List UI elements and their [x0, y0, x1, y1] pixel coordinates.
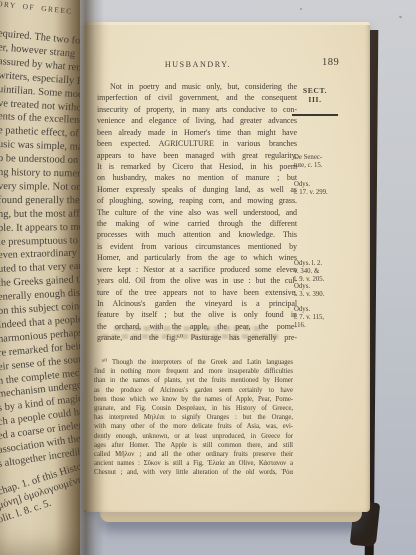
left-page-text-line: ple. It appears to me — [0, 220, 80, 234]
footnote-line: has interpreted Μηλέαι to signify Orange… — [94, 413, 293, 422]
main-text-line: of ploughing, sowing, reaping corn, and … — [97, 195, 297, 206]
main-text-line: years old. Oil from the olive was in use… — [97, 275, 297, 286]
main-text-line: ture of the tree appears not to have bee… — [97, 287, 297, 298]
footnote-line: find in nothing more frequent and more i… — [94, 367, 293, 376]
main-text-line: Homer, and particularly from the age to … — [97, 252, 297, 263]
left-page-text-line: ng, but the most affecting — [0, 207, 80, 219]
left-page-text-line: very simple. Not only — [0, 181, 80, 194]
main-text-line: processes with much attention and knowle… — [97, 229, 297, 240]
dust-speck — [399, 15, 403, 18]
section-label: SECT. III. — [294, 86, 336, 104]
right-page: HUSBANDRY. 189 SECT. III. Not in poetry … — [84, 22, 370, 512]
sidenote-odyssey-2-9-3: Odys. l. 2. v. 340. & l. 9. v. 205. Odys… — [294, 260, 350, 299]
main-text-line: The culture of the vine also was well un… — [97, 207, 297, 218]
footnote-line: ancient names : Σῦκον is still a Fig, Ἐλ… — [94, 459, 293, 468]
main-text-line: appears to have been managed with great … — [97, 150, 297, 161]
main-text-line: is evident from various circumstances me… — [97, 241, 297, 252]
footnote-line: with many other of the more delicate fru… — [94, 422, 293, 431]
ink-bleedthrough — [102, 334, 280, 339]
footnote-line: dently enough, unknown, or at least unpr… — [94, 432, 293, 441]
footnote-line: Chesnut ; and, with very little alterati… — [94, 468, 293, 477]
left-facing-page: ORY OF GREEC equired. The two formeer, h… — [0, 0, 80, 555]
ink-bleedthrough — [114, 326, 264, 331]
left-page-text-line: found generally the mos — [0, 195, 80, 206]
footnote-line: called Μῆλον ; and all the other ordinar… — [94, 450, 293, 459]
main-text-line: been already made in Homer's time than m… — [97, 127, 297, 138]
sidenote-de-senectute: De Senec- tute, c. 15. — [294, 154, 350, 170]
left-page-text-line: ng history to numerous — [0, 167, 80, 182]
main-text-line: venience and elegance of living, had gre… — [97, 115, 297, 126]
footnote-line: ⁶⁰ Though the interpreters of the Greek … — [94, 358, 293, 367]
footnote-line: as the produce of Alcinous's garden seem… — [94, 386, 293, 395]
page-number: 189 — [322, 57, 339, 68]
main-text-line: been expected. AGRICULTURE in various br… — [97, 138, 297, 149]
main-text-block: Not in poetry and music only, but, consi… — [97, 81, 297, 344]
dust-speck — [300, 8, 302, 10]
running-header: HUSBANDRY. — [98, 60, 298, 69]
section-rule — [292, 114, 338, 116]
left-running-header: ORY OF GREEC — [0, 0, 73, 16]
main-text-line: feature by itself ; but the olive is onl… — [97, 309, 297, 320]
sidenote-odyssey-7: Odys. l. 7. v. 115, 116. — [294, 306, 350, 329]
main-text-line: imperfection of civil government, and th… — [97, 92, 297, 103]
left-page-text-line: le presumptuous to con — [0, 232, 80, 248]
main-text-line: Homer expressly speaks of dunging land, … — [97, 184, 297, 195]
sidenote-odyssey-17: Odys. l. 17. v. 299. — [294, 181, 350, 197]
main-text-line: the making of wine carried through the d… — [97, 218, 297, 229]
footnote-block: ⁶⁰ Though the interpreters of the Greek … — [94, 358, 293, 477]
footnote-line: than in the names of plants, yet the fru… — [94, 376, 293, 385]
main-text-line: It is remarked by Cicero that Hesiod, in… — [97, 161, 297, 172]
main-text-line: on husbandry, makes no mention of manure… — [97, 172, 297, 183]
main-text-line: insecurity of property, in many arts con… — [97, 104, 297, 115]
footnote-line: been those which we know by the names of… — [94, 395, 293, 404]
book-photo: ORY OF GREEC equired. The two formeer, h… — [0, 0, 416, 555]
footnote-line: granate, and Fig. Cousin Despréaux, in h… — [94, 404, 293, 413]
main-text-line: In Alcinous's garden the vineyard is a p… — [97, 298, 297, 309]
main-text-line: were kept : Nestor at a sacrifice produc… — [97, 264, 297, 275]
main-text-line: Not in poetry and music only, but, consi… — [97, 81, 297, 92]
footnote-line: ages after Homer. The Apple is still com… — [94, 441, 293, 450]
